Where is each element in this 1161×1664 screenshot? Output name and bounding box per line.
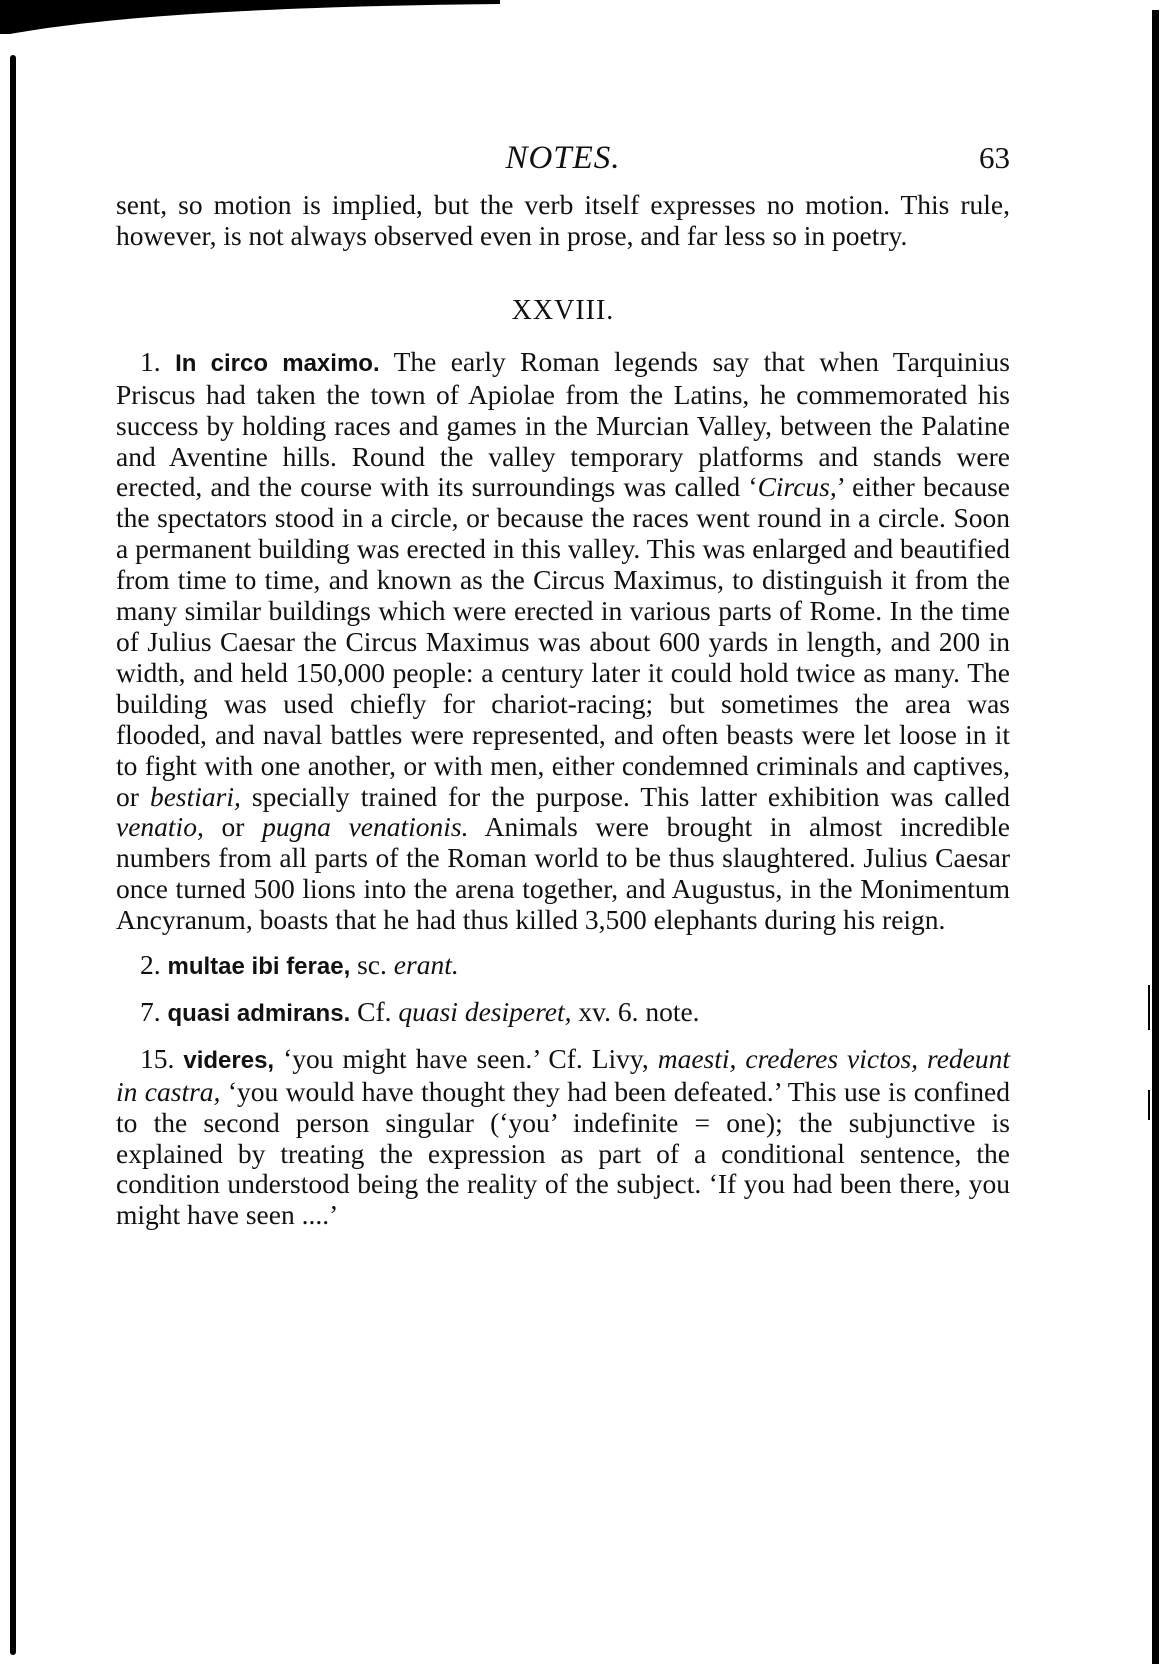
scan-left-edge	[10, 55, 16, 1655]
notes-list: 1. In circo maximo. The early Roman lege…	[116, 347, 1010, 1231]
italic-text: quasi desiperet,	[398, 996, 571, 1027]
note-text: xv. 6. note.	[571, 996, 699, 1027]
note-text: ‘you would have thought they had been de…	[116, 1076, 1010, 1231]
scan-edge-shadow	[0, 0, 500, 34]
note-lemma: In circo maximo.	[175, 350, 380, 377]
note-number: 1.	[140, 346, 175, 377]
note-entry: 15. videres, ‘you might have seen.’ Cf. …	[116, 1044, 1010, 1231]
note-lemma: videres,	[183, 1047, 274, 1074]
note-number: 2.	[140, 949, 168, 980]
note-text: , or	[197, 811, 262, 842]
section-title: XXVIII.	[116, 295, 1010, 327]
note-text: Cf.	[350, 996, 398, 1027]
note-text: ‘you might have seen.’ Cf. Livy,	[274, 1043, 658, 1074]
page-header: NOTES. 63	[116, 140, 1010, 190]
note-number: 7.	[140, 996, 168, 1027]
italic-text: venatio	[116, 811, 197, 842]
italic-text: pugna venationis.	[262, 811, 468, 842]
italic-text: erant.	[394, 949, 459, 980]
continuation-paragraph: sent, so motion is implied, but the verb…	[116, 190, 1010, 252]
note-text: ’ either because the spectators stood in…	[116, 471, 1010, 811]
note-entry: 7. quasi admirans. Cf. quasi desiperet, …	[116, 997, 1010, 1030]
note-text: sc.	[350, 949, 394, 980]
scan-right-edge	[1152, 10, 1159, 1664]
book-page: NOTES. 63 sent, so motion is implied, bu…	[116, 140, 1010, 1231]
note-lemma: multae ibi ferae,	[168, 953, 351, 980]
italic-text: Circus,	[758, 471, 837, 502]
italic-text: bestiari,	[150, 781, 241, 812]
page-number: 63	[979, 140, 1010, 176]
note-entry: 2. multae ibi ferae, sc. erant.	[116, 950, 1010, 983]
note-number: 15.	[140, 1043, 183, 1074]
note-entry: 1. In circo maximo. The early Roman lege…	[116, 347, 1010, 936]
running-head: NOTES.	[116, 140, 1010, 177]
scan-tick-mark	[1148, 985, 1150, 1030]
note-lemma: quasi admirans.	[168, 1000, 351, 1027]
note-text: specially trained for the purpose. This …	[241, 781, 1010, 812]
scan-tick-mark	[1148, 1090, 1150, 1120]
